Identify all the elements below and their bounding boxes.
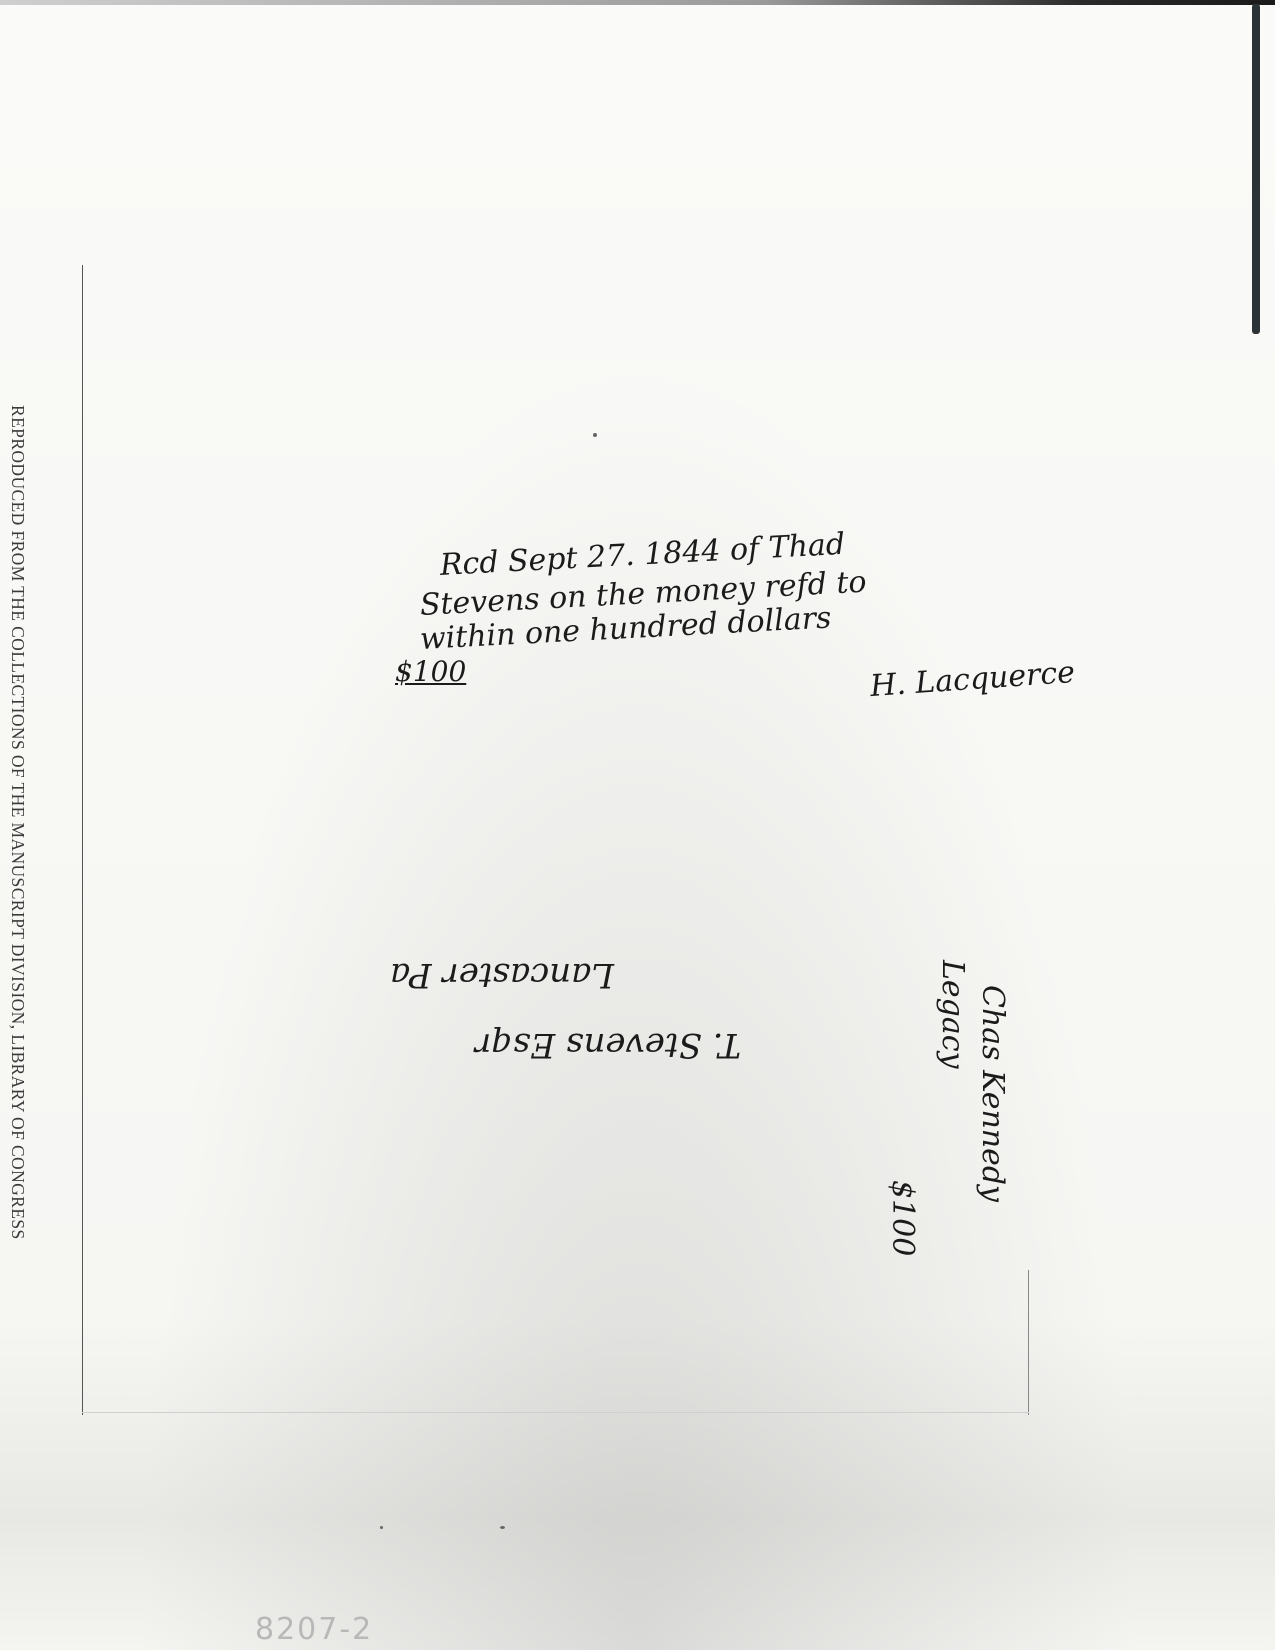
docket-line-3: $100 xyxy=(885,1180,920,1256)
scan-top-edge xyxy=(0,0,1275,5)
docket-line-2: Legacy xyxy=(935,960,970,1069)
left-border-line xyxy=(82,265,83,1415)
library-caption: REPRODUCED FROM THE COLLECTIONS OF THE M… xyxy=(4,405,24,1405)
right-fold-line xyxy=(1028,1270,1029,1415)
address-line-1: T. Stevens Esqr xyxy=(475,1025,741,1065)
bottom-fold-line xyxy=(82,1412,1029,1413)
ink-speck xyxy=(380,1526,383,1529)
archive-number: 8207-2 xyxy=(255,1612,373,1647)
library-caption-text: REPRODUCED FROM THE COLLECTIONS OF THE M… xyxy=(7,405,28,1240)
address-line-2: Lancaster Pa xyxy=(390,955,614,995)
scanned-page xyxy=(0,0,1275,1650)
scan-right-edge-bar xyxy=(1252,4,1260,334)
receipt-amount: $100 xyxy=(395,655,466,688)
docket-line-1: Chas Kennedy xyxy=(975,985,1010,1202)
ink-speck xyxy=(500,1526,505,1529)
ink-speck xyxy=(593,433,597,437)
